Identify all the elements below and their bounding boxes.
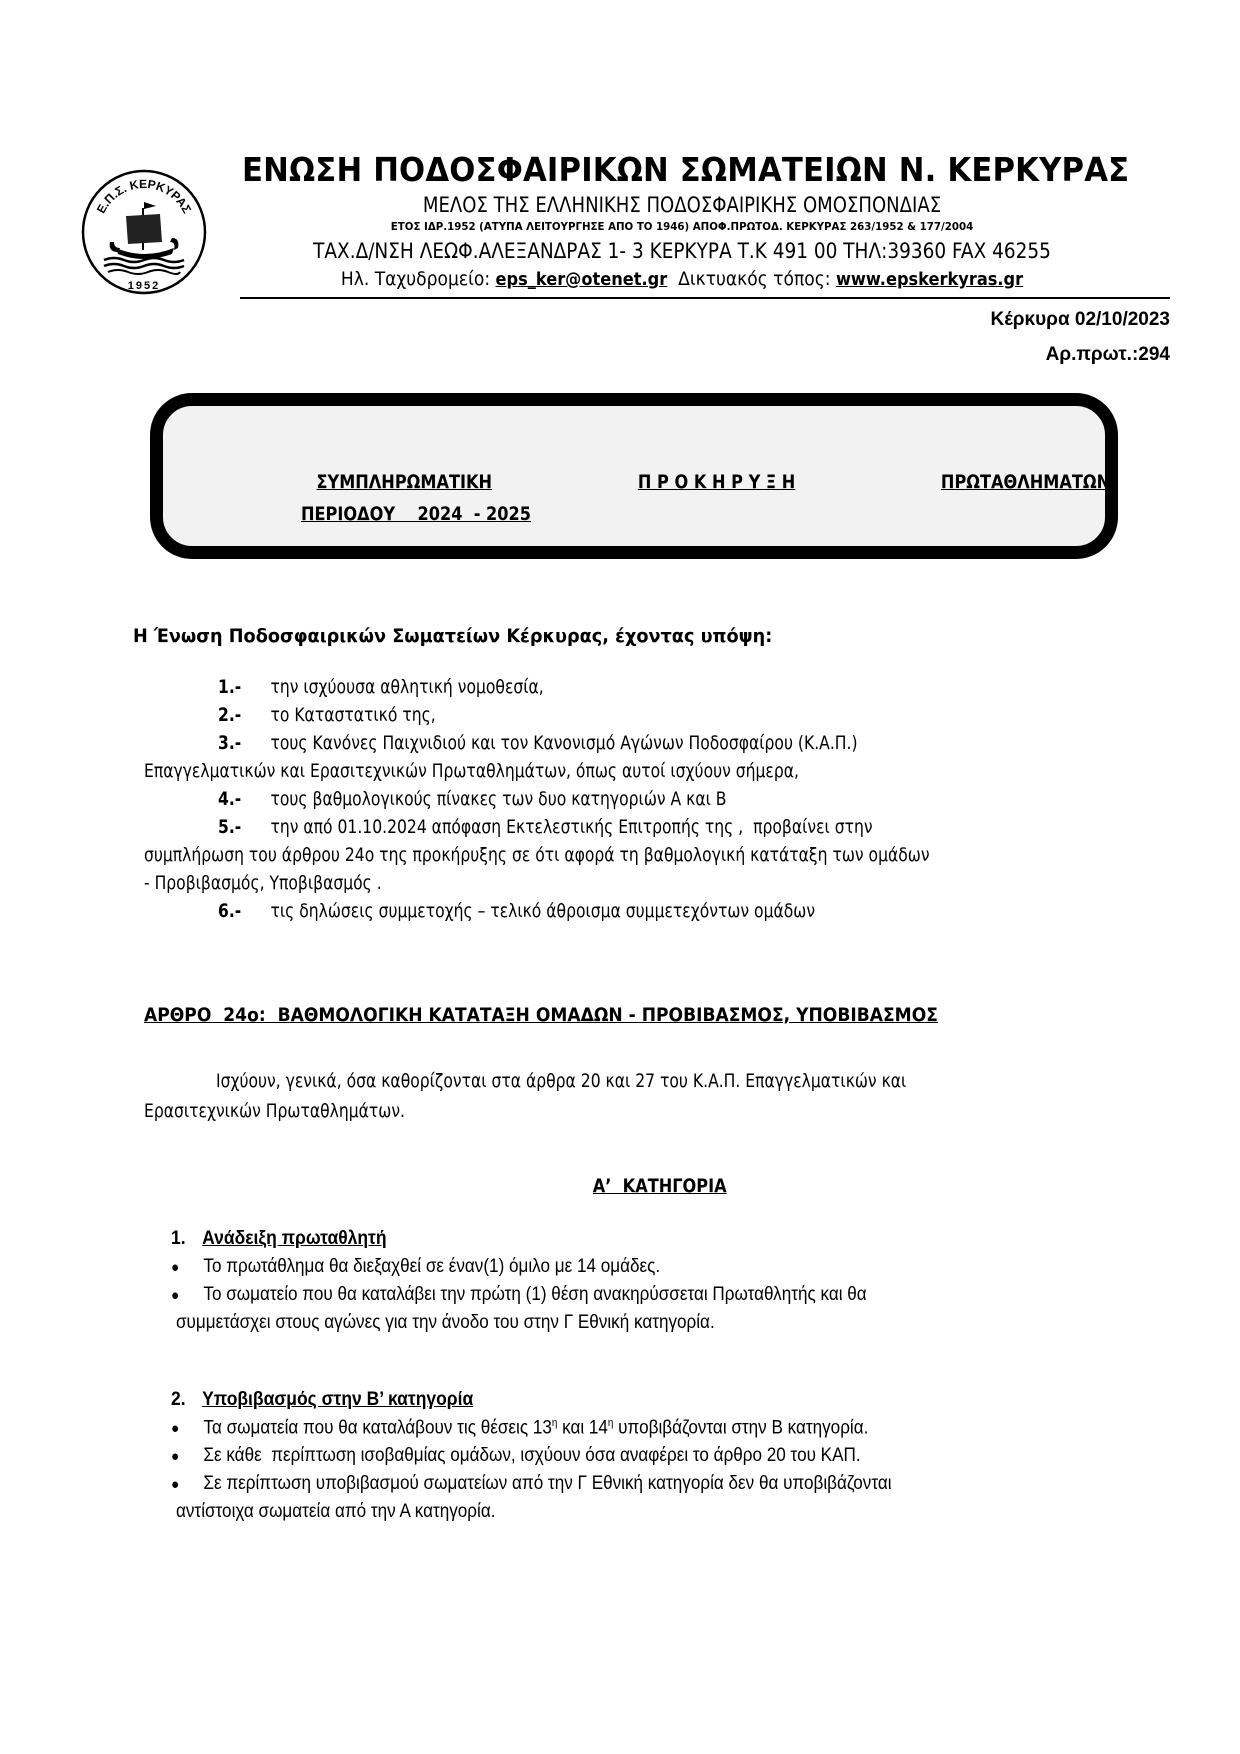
bullet-icon: ● [171,1259,203,1276]
category-heading: Α’ ΚΑΤΗΓΟΡΙΑ [0,1175,1240,1197]
bullet-item: ●Το σωματείο που θα καταλάβει την πρώτη … [171,1284,867,1306]
title-word-3: ΠΡΩΤΑΘΛΗΜΑΤΩΝ [941,471,1110,493]
title-word-1: ΣΥΜΠΛΗΡΩΜΑΤΙΚΗ [316,471,492,493]
svg-text:1952: 1952 [128,280,160,292]
email-label: Ηλ. Ταχυδρομείο: [341,268,490,290]
consideration-item: 3.-τους Κανόνες Παιχνιδιού και τον Κανον… [218,732,858,754]
article-paragraph-line-1: Ισχύουν, γενικά, όσα καθορίζονται στα άρ… [216,1070,906,1092]
protocol-number: Αρ.πρωτ.:294 [1046,344,1170,366]
bullet-continuation: αντίστοιχα σωματεία από την Α κατηγορία. [176,1501,495,1523]
consideration-item: 6.-τις δηλώσεις συμμετοχής – τελικό άθρο… [218,900,815,922]
federation-membership: ΜΕΛΟΣ ΤΗΣ ΕΛΛΗΝΙΚΗΣ ΠΟΔΟΣΦΑΙΡΙΚΗΣ ΟΜΟΣΠΟ… [304,193,1061,217]
ship-emblem-icon: Ε.Π.Σ. ΚΕΡΚΥΡΑΣ 1952 [80,168,208,296]
postal-address: ΤΑΧ.Δ/ΝΣΗ ΛΕΩΦ.ΑΛΕΞΑΝΔΡΑΣ 1- 3 ΚΕΡΚΥΡΑ Τ… [295,239,1069,263]
consideration-continuation: - Προβιβασμός, Υποβιβασμός . [144,872,382,894]
bullet-item: ●Το πρωτάθλημα θα διεξαχθεί σε έναν(1) ό… [171,1256,660,1278]
bullet-icon: ● [171,1420,203,1437]
contact-line: Ηλ. Ταχυδρομείο: eps_ker@otenet.gr Δικτυ… [286,268,1078,290]
website-label: Δικτυακός τόπος: [678,268,830,290]
bullet-icon: ● [171,1476,203,1493]
section-heading-champion: 1.Ανάδειξη πρωταθλητή [171,1228,387,1250]
consideration-item: 4.-τους βαθμολογικούς πίνακες των δυο κα… [218,788,727,810]
article-heading: ΑΡΘΡΟ 24ο: ΒΑΘΜΟΛΟΓΙΚΗ ΚΑΤΑΤΑΞΗ ΟΜΑΔΩΝ -… [144,1004,938,1026]
title-line-1: ΣΥΜΠΛΗΡΩΜΑΤΙΚΗ Π Ρ Ο Κ Η Ρ Υ Ξ Η ΠΡΩΤΑΘΛ… [301,471,1125,493]
title-line-2: ΠΕΡΙΟΔΟΥ 2024 - 2025 [301,503,531,525]
consideration-continuation: συμπλήρωση του άρθρου 24ο της προκήρυξης… [144,844,930,866]
consideration-item: 2.-το Καταστατικό της, [218,704,436,726]
article-paragraph-line-2: Ερασιτεχνικών Πρωταθλημάτων. [144,1100,405,1122]
bullet-icon: ● [171,1448,203,1465]
consideration-item: 5.-την από 01.10.2024 απόφαση Εκτελεστικ… [218,816,873,838]
intro-statement: Η Ένωση Ποδοσφαιρικών Σωματείων Κέρκυρας… [133,625,772,647]
title-box: ΣΥΜΠΛΗΡΩΜΑΤΙΚΗ Π Ρ Ο Κ Η Ρ Υ Ξ Η ΠΡΩΤΑΘΛ… [150,393,1118,559]
organization-name: ΕΝΩΣΗ ΠΟΔΟΣΦΑΙΡΙΚΩΝ ΣΩΜΑΤΕΙΩΝ Ν. ΚΕΡΚΥΡΑ… [242,150,1070,189]
bullet-continuation: συμμετάσχει στους αγώνες για την άνοδο τ… [176,1312,715,1334]
consideration-item: 1.-την ισχύουσα αθλητική νομοθεσία, [218,676,544,698]
bullet-item: ●Τα σωματεία που θα καταλάβουν τις θέσει… [171,1417,868,1439]
foundation-info: ΕΤΟΣ ΙΔΡ.1952 (ΑΤΥΠΑ ΛΕΙΤΟΥΡΓΗΣΕ ΑΠΟ ΤΟ … [273,220,1091,233]
header-divider [240,297,1170,299]
bullet-item: ●Σε κάθε περίπτωση ισοβαθμίας ομάδων, ισ… [171,1445,861,1467]
title-word-2: Π Ρ Ο Κ Η Ρ Υ Ξ Η [638,471,795,493]
section-heading-relegation: 2.Υποβιβασμός στην Β’ κατηγορία [171,1389,473,1411]
website-link[interactable]: www.epskerkyras.gr [836,269,1023,290]
consideration-continuation: Επαγγελματικών και Ερασιτεχνικών Πρωταθλ… [144,760,799,782]
email-link[interactable]: eps_ker@otenet.gr [496,269,668,290]
document-date: Κέρκυρα 02/10/2023 [990,309,1170,331]
bullet-item: ●Σε περίπτωση υποβιβασμού σωματείων από … [171,1473,892,1495]
bullet-icon: ● [171,1287,203,1304]
logo: Ε.Π.Σ. ΚΕΡΚΥΡΑΣ 1952 [80,168,208,296]
